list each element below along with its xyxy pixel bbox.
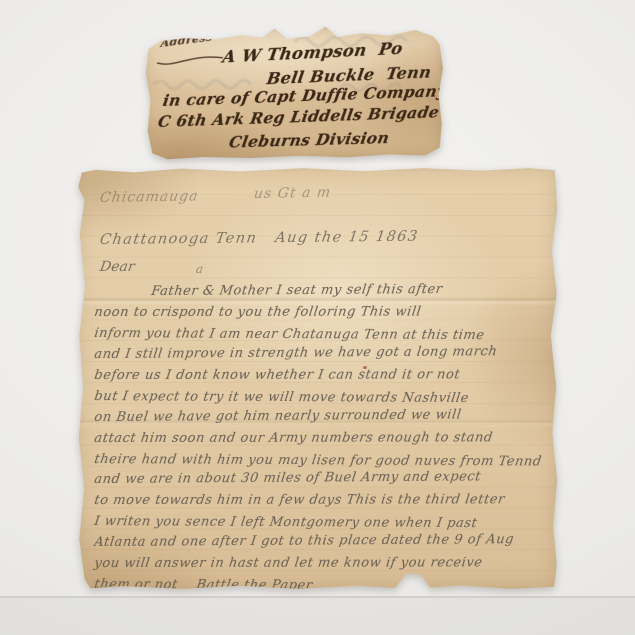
address-fragment-paper: Address A W Thompson Po Bell Buckle Tenn…	[143, 26, 444, 160]
address-line: A W Thompson Po	[221, 39, 404, 67]
letter-line: attact him soon and our Army numbers eno…	[93, 430, 548, 452]
letter-body: Father & Mother I seat my self this afte…	[94, 284, 546, 598]
letter-line: on Buel we have got him nearly surrounde…	[93, 406, 548, 430]
photo-of-letter: Address A W Thompson Po Bell Buckle Tenn…	[0, 0, 635, 635]
address-line: Cleburns Division	[228, 128, 391, 151]
letter-surface: Chicamauga us Gt a m Chattanooga Tenn Au…	[76, 166, 558, 590]
address-fragment-surface: Address A W Thompson Po Bell Buckle Tenn…	[143, 26, 444, 160]
letter-salutation-mark: a	[195, 262, 204, 276]
letter-line: Atlanta and one after I got to this plac…	[93, 532, 548, 556]
letter-line: Father & Mother I seat my self this afte…	[150, 281, 548, 305]
docket-note-right: us Gt a m	[253, 185, 332, 202]
backdrop-lower-band	[0, 598, 635, 635]
letter-line: and I still improve in strength we have …	[93, 344, 548, 368]
letter-salutation: Dear	[99, 259, 136, 275]
letter-line: to move towards him in a few days This i…	[93, 493, 548, 515]
letter-line: noon to crispond to you the folloring Th…	[93, 304, 548, 326]
ink-flourish	[154, 48, 227, 69]
address-label: Address	[160, 30, 213, 50]
letter-line: and we are in about 30 miles of Buel Arm…	[93, 469, 548, 493]
docket-note-left: Chicamauga	[99, 188, 200, 206]
letter-dateline: Chattanooga Tenn Aug the 15 1863	[99, 229, 420, 248]
letter-paper: Chicamauga us Gt a m Chattanooga Tenn Au…	[76, 166, 558, 590]
letter-line: you will answer in hast and let me know …	[93, 555, 548, 577]
letter-line: before us I dont know whether I can stan…	[93, 367, 548, 389]
